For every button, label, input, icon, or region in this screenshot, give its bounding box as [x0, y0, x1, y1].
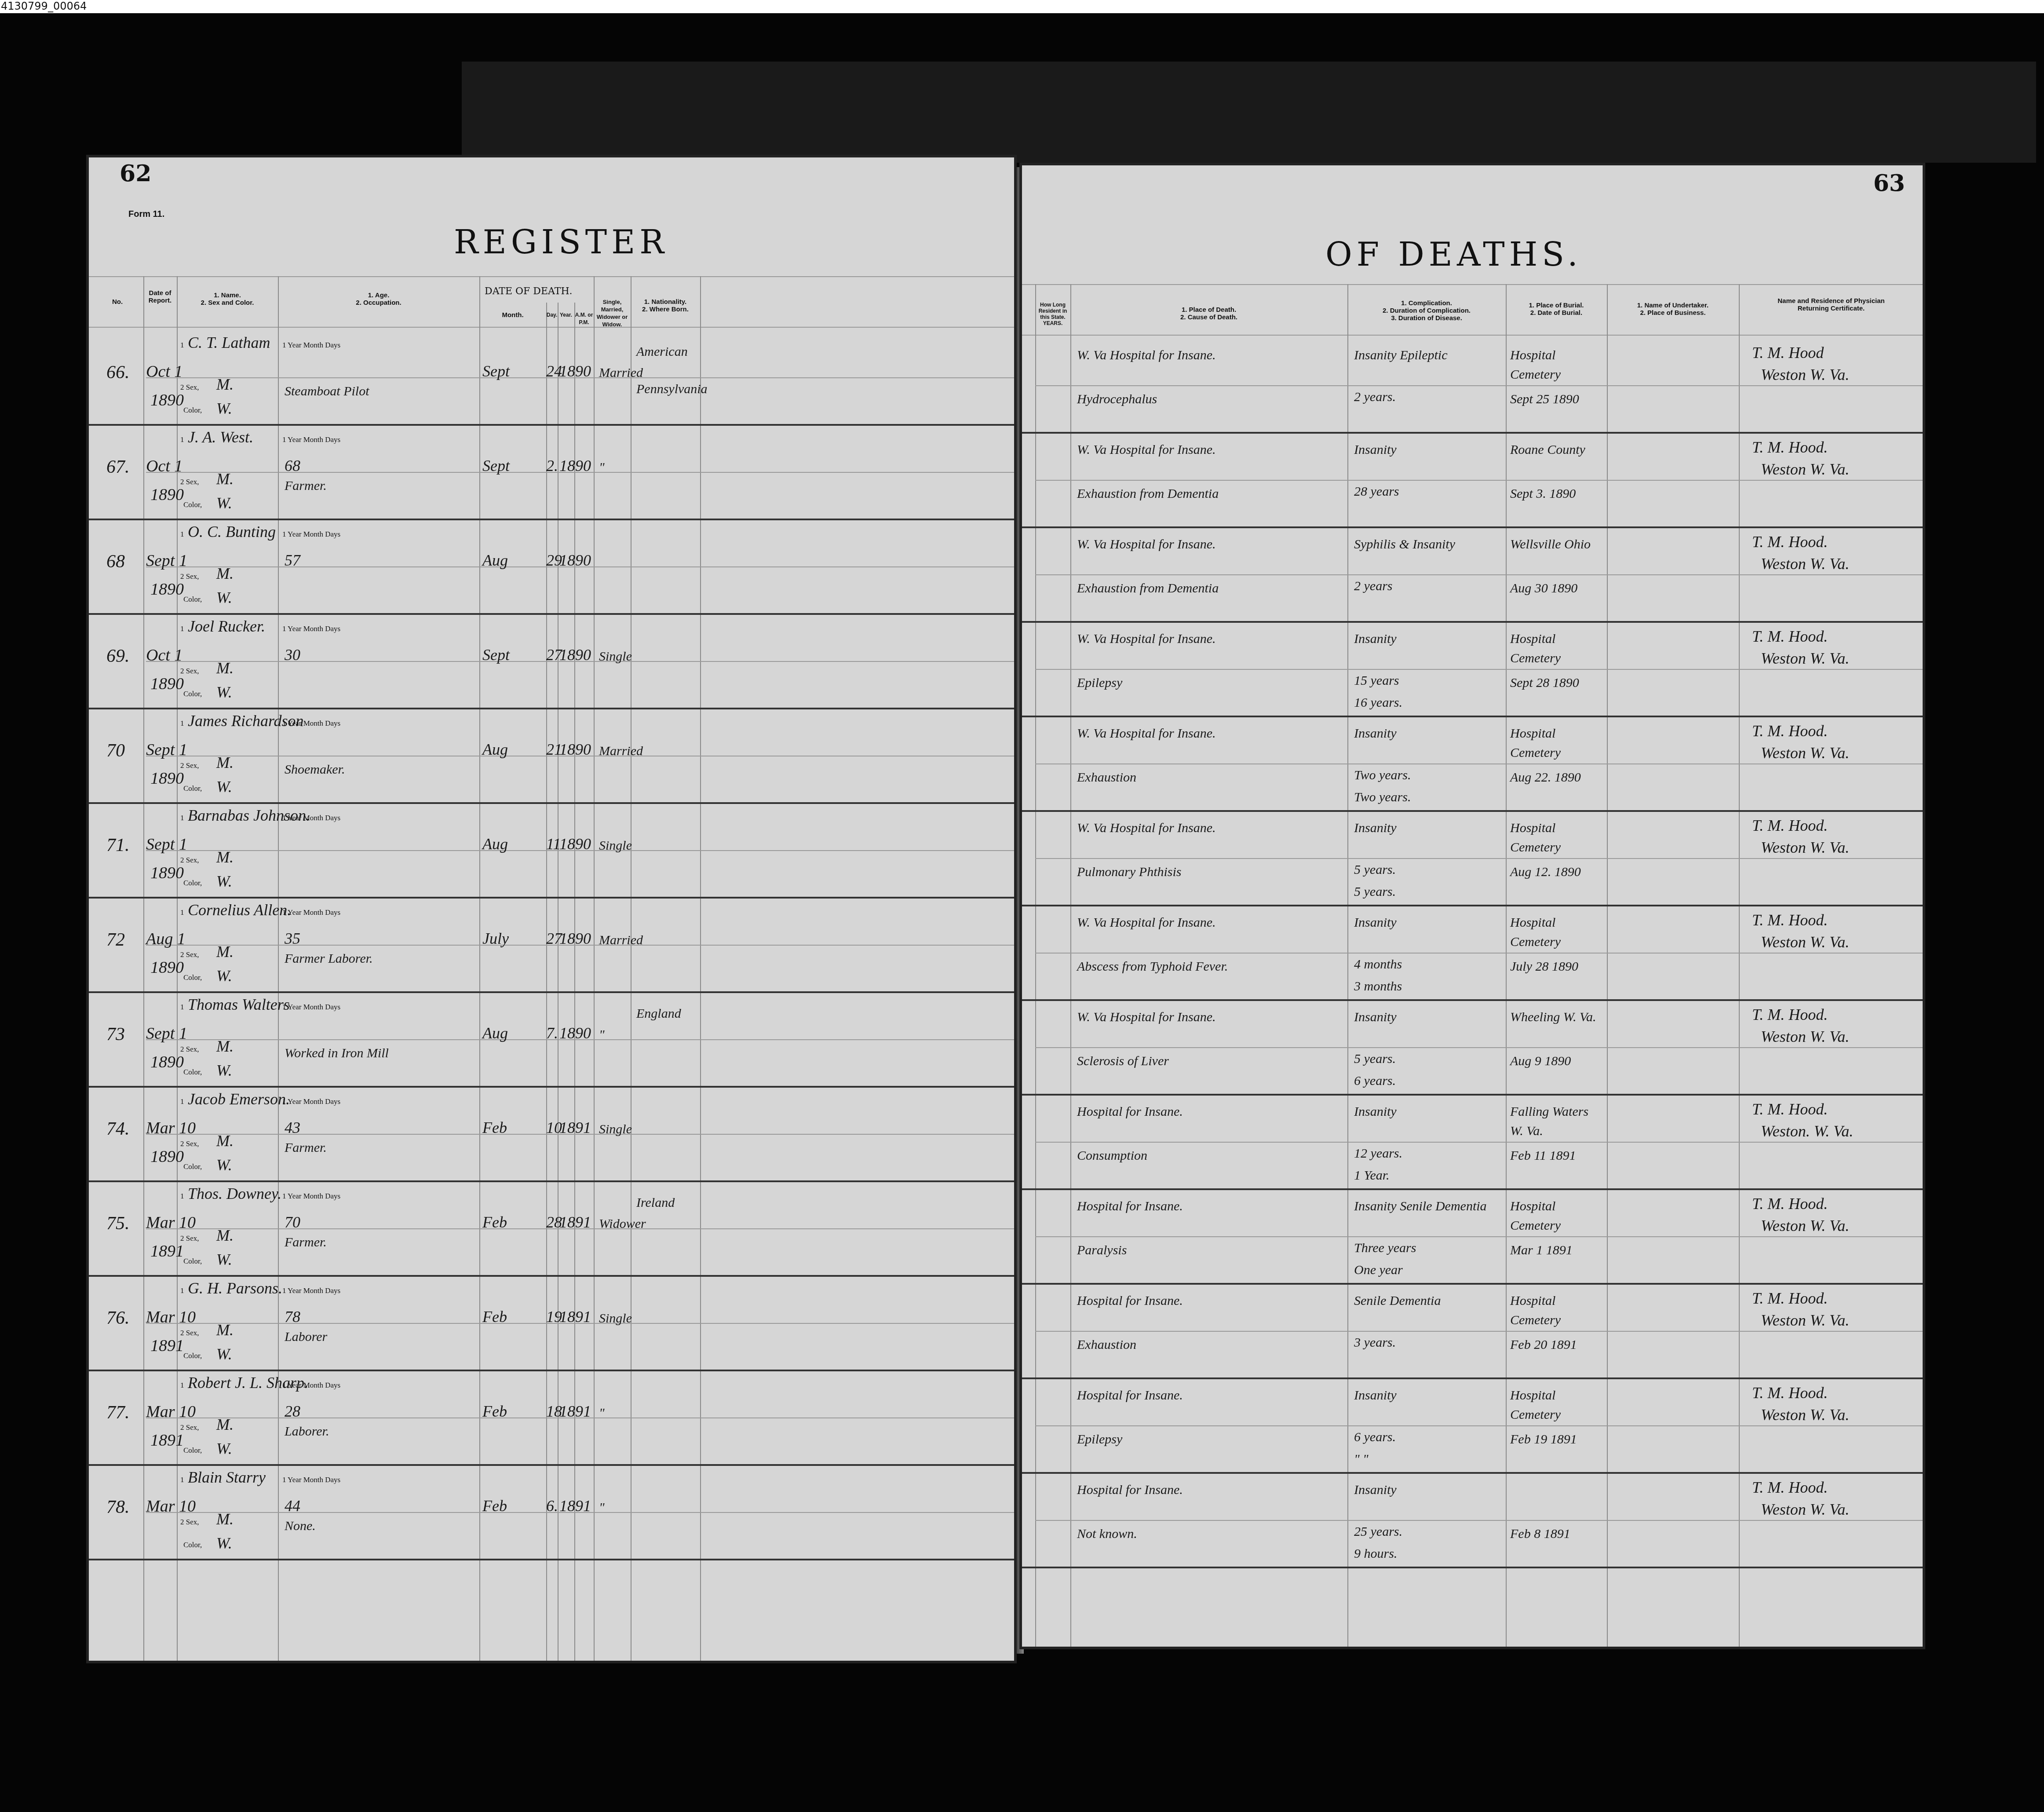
row-subline	[1035, 1331, 1925, 1332]
complication: Syphilis & Insanity	[1354, 535, 1504, 554]
header-burial: 1. Place of Burial. 2. Date of Burial.	[1506, 302, 1607, 317]
complication: Insanity	[1354, 1480, 1504, 1500]
death-year: 1891	[559, 1118, 591, 1137]
occupation-value: Worked in Iron Mill	[285, 1044, 478, 1063]
marital-status: Widower	[599, 1217, 646, 1231]
physician-residence: Weston W. Va.	[1761, 1500, 1849, 1519]
age-units-label: 1 Year Month Days	[282, 625, 340, 633]
place-of-death: W. Va Hospital for Insane.	[1077, 1008, 1341, 1027]
sex-label: 2 Sex,	[180, 478, 199, 486]
row-divider	[89, 1275, 1017, 1277]
row-divider	[89, 519, 1017, 520]
death-month: Aug	[482, 740, 508, 759]
row-subline	[1035, 1425, 1925, 1426]
duration-disease: 6 years.	[1354, 1074, 1396, 1089]
complication: Senile Dementia	[1354, 1291, 1504, 1311]
burial-place: Roane County	[1510, 440, 1605, 460]
name-label-1: 1	[180, 1097, 184, 1106]
col-divider	[700, 276, 701, 1663]
death-month: Feb	[482, 1213, 507, 1231]
marital-status: "	[599, 1500, 605, 1515]
age-units-label: 1 Year Month Days	[282, 435, 340, 444]
cause-of-death: Exhaustion from Dementia	[1077, 484, 1341, 504]
age-value: 43	[285, 1118, 300, 1137]
marital-status: "	[599, 1027, 605, 1042]
color-value: W.	[216, 1534, 232, 1553]
sex-value: M.	[216, 1510, 234, 1528]
row-divider	[89, 1559, 1017, 1560]
physician-residence: Weston W. Va.	[1761, 744, 1849, 762]
color-value: W.	[216, 872, 232, 891]
burial-date: Feb 19 1891	[1510, 1430, 1605, 1449]
complication: Insanity Epileptic	[1354, 346, 1504, 365]
duration-complication: 5 years.	[1354, 862, 1396, 877]
header-place-cause: 1. Place of Death. 2. Cause of Death.	[1070, 306, 1347, 321]
report-date: Mar 10	[146, 1497, 196, 1516]
place-of-death: Hospital for Insane.	[1077, 1386, 1341, 1405]
col-divider	[546, 303, 547, 1663]
physician-name: T. M. Hood.	[1752, 1005, 1828, 1024]
color-value: W.	[216, 1156, 232, 1174]
col-divider	[479, 276, 480, 1663]
duration-disease: 16 years.	[1354, 695, 1402, 710]
row-divider	[1022, 716, 1925, 717]
row-subline	[1035, 1142, 1925, 1143]
decedent-name: Joel Rucker.	[188, 617, 265, 636]
burial-date: Sept 25 1890	[1510, 390, 1605, 409]
header-no: No.	[93, 298, 142, 306]
col-divider	[1739, 284, 1740, 1649]
place-of-death: W. Va Hospital for Insane.	[1077, 724, 1341, 743]
burial-date: Sept 3. 1890	[1510, 484, 1605, 504]
sex-label: 2 Sex,	[180, 1329, 199, 1337]
report-date: Sept 1	[146, 551, 187, 570]
cause-of-death: Epilepsy	[1077, 1430, 1341, 1449]
marital-status: "	[599, 1406, 605, 1421]
place-of-death: W. Va Hospital for Insane.	[1077, 346, 1341, 365]
duration-disease: 1 Year.	[1354, 1168, 1390, 1183]
report-year: 1891	[150, 1431, 184, 1450]
header-age-occupation: 1. Age. 2. Occupation.	[278, 292, 479, 307]
age-units-label: 1 Year Month Days	[282, 1097, 340, 1106]
marital-status: Married	[599, 744, 643, 759]
color-value: W.	[216, 778, 232, 796]
decedent-name: Blain Starry	[188, 1468, 266, 1487]
page-number-left: 62	[120, 160, 151, 187]
death-month: Sept	[482, 646, 510, 664]
age-units-label: 1 Year Month Days	[282, 530, 340, 539]
sex-label: 2 Sex,	[180, 1140, 199, 1148]
age-value: 68	[285, 457, 300, 475]
decedent-name: C. T. Latham	[188, 333, 270, 352]
duration-complication: 5 years.	[1354, 1052, 1396, 1067]
burial-date: Aug 30 1890	[1510, 579, 1605, 598]
color-label: Color,	[183, 1162, 202, 1171]
burial-date: Sept 28 1890	[1510, 673, 1605, 693]
color-label: Color,	[183, 690, 202, 698]
row-divider	[1022, 1567, 1925, 1568]
page-number-right: 63	[1873, 170, 1905, 197]
marital-status: Married	[599, 933, 643, 948]
marital-status: Single	[599, 838, 632, 853]
age-units-label: 1 Year Month Days	[282, 1381, 340, 1390]
row-divider	[1022, 1094, 1925, 1096]
death-year: 1890	[559, 1024, 591, 1042]
physician-residence: Weston W. Va.	[1761, 555, 1849, 573]
col-divider	[143, 276, 144, 1663]
place-of-death: Hospital for Insane.	[1077, 1197, 1341, 1216]
sex-label: 2 Sex,	[180, 383, 199, 392]
row-subline	[1035, 953, 1925, 953]
sex-value: M.	[216, 375, 234, 394]
burial-place: Wellsville Ohio	[1510, 535, 1605, 554]
entry-number: 67.	[106, 457, 130, 478]
row-subline	[1035, 669, 1925, 670]
sex-value: M.	[216, 1037, 234, 1056]
report-year: 1890	[150, 769, 184, 788]
header-top-rule	[1022, 284, 1925, 285]
burial-date: Aug 22. 1890	[1510, 768, 1605, 787]
marital-status: "	[599, 460, 605, 475]
header-name-sex-color: 1. Name. 2. Sex and Color.	[177, 292, 278, 307]
duration-complication: Two years.	[1354, 768, 1411, 783]
cause-of-death: Epilepsy	[1077, 673, 1341, 693]
color-value: W.	[216, 1250, 232, 1269]
physician-residence: Weston W. Va.	[1761, 838, 1849, 857]
sex-value: M.	[216, 848, 234, 866]
col-divider	[1607, 284, 1608, 1649]
duration-disease: One year	[1354, 1263, 1403, 1278]
report-date: Sept 1	[146, 740, 187, 760]
header-marital-status: Single, Married, Widower or Widow.	[594, 298, 631, 328]
physician-name: T. M. Hood.	[1752, 816, 1828, 835]
cause-of-death: Exhaustion	[1077, 768, 1341, 787]
color-label: Color,	[183, 1446, 202, 1455]
duration-disease: 3 months	[1354, 979, 1402, 994]
color-label: Color,	[183, 1352, 202, 1360]
color-value: W.	[216, 1061, 232, 1080]
age-units-label: 1 Year Month Days	[282, 814, 340, 822]
physician-residence: Weston W. Va.	[1761, 1406, 1849, 1424]
nationality: England	[636, 1006, 681, 1021]
row-divider	[1022, 1283, 1925, 1285]
header-resident-years: How Long Resident in this State. YEARS.	[1035, 302, 1070, 326]
col-divider	[1035, 284, 1036, 1649]
report-date: Sept 1	[146, 1024, 187, 1043]
complication: Insanity	[1354, 1386, 1504, 1405]
report-year: 1891	[150, 1336, 184, 1355]
sex-label: 2 Sex,	[180, 1234, 199, 1243]
color-value: W.	[216, 683, 232, 701]
burial-place: Hospital Cemetery	[1510, 1386, 1605, 1425]
death-year: 1890	[559, 551, 591, 570]
complication: Insanity	[1354, 913, 1504, 932]
entry-number: 71.	[106, 835, 130, 856]
color-label: Color,	[183, 1541, 202, 1549]
death-month: Aug	[482, 551, 508, 570]
header-month: Month.	[479, 311, 546, 319]
complication: Insanity	[1354, 724, 1504, 743]
physician-residence: Weston W. Va.	[1761, 365, 1849, 384]
report-date: Oct 1	[146, 646, 182, 665]
col-divider	[594, 276, 595, 1663]
name-label-1: 1	[180, 719, 184, 728]
header-bottom-rule	[89, 327, 1017, 328]
occupation-value: None.	[285, 1516, 478, 1536]
col-divider	[558, 303, 558, 1663]
sex-value: M.	[216, 1226, 234, 1245]
death-day: 7.	[546, 1024, 558, 1042]
row-divider	[89, 424, 1017, 426]
cause-of-death: Exhaustion from Dementia	[1077, 579, 1341, 598]
row-divider	[89, 1180, 1017, 1182]
color-label: Color,	[183, 1257, 202, 1266]
marital-status: Married	[599, 365, 643, 380]
row-divider	[1022, 621, 1925, 623]
row-divider	[89, 802, 1017, 804]
physician-residence: Weston W. Va.	[1761, 1217, 1849, 1235]
image-id-label: 4130799_00064	[0, 0, 87, 13]
name-label-1: 1	[180, 625, 184, 633]
form-label: Form 11.	[128, 209, 164, 219]
name-label-1: 1	[180, 1381, 184, 1390]
age-units-label: 1 Year Month Days	[282, 1192, 340, 1201]
duration-complication: 2 years	[1354, 579, 1392, 594]
report-date: Aug 1	[146, 929, 186, 949]
burial-place: Hospital Cemetery	[1510, 346, 1605, 384]
header-undertaker: 1. Name of Undertaker. 2. Place of Busin…	[1607, 302, 1739, 317]
death-month: Sept	[482, 362, 510, 380]
duration-complication: 4 months	[1354, 957, 1402, 972]
row-divider	[1022, 1188, 1925, 1190]
birthplace: Pennsylvania	[636, 382, 708, 397]
age-value: 28	[285, 1402, 300, 1421]
burial-place: Hospital Cemetery	[1510, 818, 1605, 857]
death-year: 1890	[559, 740, 591, 759]
decedent-name: Thos. Downey.	[188, 1184, 281, 1203]
age-units-label: 1 Year Month Days	[282, 341, 340, 350]
physician-name: T. M. Hood.	[1752, 722, 1828, 740]
death-year: 1890	[559, 929, 591, 948]
header-year: Year.	[558, 311, 574, 319]
report-year: 1890	[150, 580, 184, 599]
header-bottom-rule	[1022, 335, 1925, 336]
age-units-label: 1 Year Month Days	[282, 1286, 340, 1295]
death-day: 2.	[546, 457, 558, 475]
sex-label: 2 Sex,	[180, 1423, 199, 1432]
cause-of-death: Abscess from Typhoid Fever.	[1077, 957, 1341, 976]
occupation-value: Laborer.	[285, 1422, 478, 1441]
row-divider	[1022, 810, 1925, 812]
row-divider	[1022, 526, 1925, 528]
duration-complication: Three years	[1354, 1241, 1416, 1256]
color-value: W.	[216, 1439, 232, 1458]
report-year: 1890	[150, 958, 184, 977]
burial-date: Feb 8 1891	[1510, 1524, 1605, 1544]
duration-disease: 5 years.	[1354, 884, 1396, 899]
sex-value: M.	[216, 1321, 234, 1339]
physician-name: T. M. Hood.	[1752, 1195, 1828, 1213]
physician-name: T. M. Hood.	[1752, 911, 1828, 929]
entry-number: 68	[106, 551, 125, 572]
burial-place: Hospital Cemetery	[1510, 629, 1605, 668]
report-date: Mar 10	[146, 1402, 196, 1421]
duration-complication: 25 years.	[1354, 1524, 1402, 1539]
age-value: 57	[285, 551, 300, 570]
nationality: American	[636, 344, 688, 359]
report-year: 1890	[150, 863, 184, 883]
duration-complication: 12 years.	[1354, 1146, 1402, 1161]
entry-number: 69.	[106, 646, 130, 667]
burial-place: Hospital Cemetery	[1510, 1197, 1605, 1235]
sex-value: M.	[216, 564, 234, 583]
row-divider	[1022, 905, 1925, 906]
physician-residence: Weston W. Va.	[1761, 649, 1849, 668]
row-divider	[1022, 432, 1925, 434]
place-of-death: W. Va Hospital for Insane.	[1077, 440, 1341, 460]
entry-number: 74.	[106, 1118, 130, 1140]
nationality: Ireland	[636, 1195, 675, 1210]
physician-name: T. M. Hood.	[1752, 1384, 1828, 1402]
color-label: Color,	[183, 500, 202, 509]
color-value: W.	[216, 967, 232, 985]
decedent-name: O. C. Bunting	[188, 522, 276, 541]
duration-complication: 3 years.	[1354, 1335, 1396, 1350]
left-page: 62 Form 11. REGISTER No. Date of Report.…	[86, 155, 1017, 1663]
burial-date: Feb 20 1891	[1510, 1335, 1605, 1355]
name-label-1: 1	[180, 341, 184, 350]
physician-residence: Weston W. Va.	[1761, 460, 1849, 479]
entry-number: 75.	[106, 1213, 130, 1234]
sex-label: 2 Sex,	[180, 572, 199, 581]
marital-status: Single	[599, 1122, 632, 1137]
place-of-death: Hospital for Insane.	[1077, 1291, 1341, 1311]
decedent-name: Cornelius Allen.	[188, 901, 291, 919]
header-top-rule	[89, 276, 1017, 277]
row-divider	[89, 708, 1017, 709]
occupation-value: Shoemaker.	[285, 760, 478, 779]
col-divider	[574, 303, 575, 1663]
sex-value: M.	[216, 1415, 234, 1434]
decedent-name: J. A. West.	[188, 428, 253, 446]
color-value: W.	[216, 494, 232, 512]
cause-of-death: Pulmonary Phthisis	[1077, 862, 1341, 882]
name-label-1: 1	[180, 1003, 184, 1012]
death-month: Aug	[482, 1024, 508, 1042]
age-value: 35	[285, 929, 300, 948]
col-divider	[278, 276, 279, 1663]
name-label-1: 1	[180, 1192, 184, 1201]
cause-of-death: Paralysis	[1077, 1241, 1341, 1260]
burial-date: Aug 9 1890	[1510, 1052, 1605, 1071]
row-subline	[1035, 858, 1925, 859]
name-label-1: 1	[180, 814, 184, 822]
burial-place: Hospital Cemetery	[1510, 724, 1605, 763]
row-subline	[1035, 385, 1925, 386]
death-month: Feb	[482, 1118, 507, 1137]
decedent-name: G. H. Parsons.	[188, 1279, 282, 1297]
title-of-deaths: OF DEATHS.	[1325, 236, 1582, 274]
right-page: 63 OF DEATHS. How Long Resident in this …	[1019, 163, 1925, 1649]
sex-label: 2 Sex,	[180, 667, 199, 676]
row-divider	[89, 1464, 1017, 1466]
row-divider	[1022, 1472, 1925, 1474]
age-units-label: 1 Year Month Days	[282, 1476, 340, 1484]
physician-name: T. M. Hood.	[1752, 1100, 1828, 1118]
header-nationality: 1. Nationality. 2. Where Born.	[631, 298, 700, 313]
report-date: Mar 10	[146, 1308, 196, 1327]
sex-label: 2 Sex,	[180, 761, 199, 770]
report-date: Oct 1	[146, 362, 182, 381]
report-date: Mar 10	[146, 1118, 196, 1138]
complication: Insanity	[1354, 629, 1504, 649]
death-year: 1890	[559, 835, 591, 853]
occupation-value: Farmer Laborer.	[285, 949, 478, 968]
row-divider	[89, 897, 1017, 899]
physician-name: T. M. Hood.	[1752, 1289, 1828, 1308]
place-of-death: Hospital for Insane.	[1077, 1102, 1341, 1122]
name-label-1: 1	[180, 908, 184, 917]
row-divider	[89, 613, 1017, 615]
cause-of-death: Not known.	[1077, 1524, 1341, 1544]
death-month: Aug	[482, 835, 508, 853]
color-label: Color,	[183, 1068, 202, 1077]
marital-status: Single	[599, 1311, 632, 1326]
sex-value: M.	[216, 1132, 234, 1150]
entry-number: 70	[106, 740, 125, 761]
place-of-death: W. Va Hospital for Insane.	[1077, 913, 1341, 932]
report-year: 1890	[150, 674, 184, 694]
row-divider	[89, 1086, 1017, 1088]
sex-label: 2 Sex,	[180, 1045, 199, 1054]
duration-complication: 28 years	[1354, 484, 1399, 499]
death-year: 1890	[559, 362, 591, 380]
color-label: Color,	[183, 406, 202, 415]
occupation-value: Farmer.	[285, 1233, 478, 1252]
burial-date: Mar 1 1891	[1510, 1241, 1605, 1260]
header-date-of-death: DATE OF DEATH.	[485, 286, 573, 297]
sex-value: M.	[216, 943, 234, 961]
physician-name: T. M. Hood.	[1752, 627, 1828, 646]
row-subline	[1035, 1520, 1925, 1521]
report-year: 1890	[150, 391, 184, 410]
header-date-of-report: Date of Report.	[143, 289, 177, 304]
physician-name: T. M. Hood.	[1752, 533, 1828, 551]
name-label-1: 1	[180, 530, 184, 539]
burial-place: Falling Waters W. Va.	[1510, 1102, 1605, 1141]
report-year: 1890	[150, 485, 184, 504]
duration-disease: " "	[1354, 1452, 1369, 1467]
report-date: Oct 1	[146, 457, 182, 476]
title-register: REGISTER	[454, 223, 668, 261]
death-year: 1890	[559, 457, 591, 475]
death-year: 1891	[559, 1308, 591, 1326]
age-value: 44	[285, 1497, 300, 1515]
physician-residence: Weston W. Va.	[1761, 1027, 1849, 1046]
age-units-label: 1 Year Month Days	[282, 719, 340, 728]
duration-disease: Two years.	[1354, 790, 1411, 805]
row-subline	[1035, 764, 1925, 764]
col-divider	[1347, 284, 1348, 1649]
physician-residence: Weston W. Va.	[1761, 933, 1849, 951]
color-value: W.	[216, 588, 232, 607]
cause-of-death: Consumption	[1077, 1146, 1341, 1165]
physician-residence: Weston W. Va.	[1761, 1311, 1849, 1330]
duration-complication: 15 years	[1354, 673, 1399, 688]
entry-number: 76.	[106, 1308, 130, 1329]
header-day: Day.	[546, 311, 558, 319]
complication: Insanity	[1354, 818, 1504, 838]
